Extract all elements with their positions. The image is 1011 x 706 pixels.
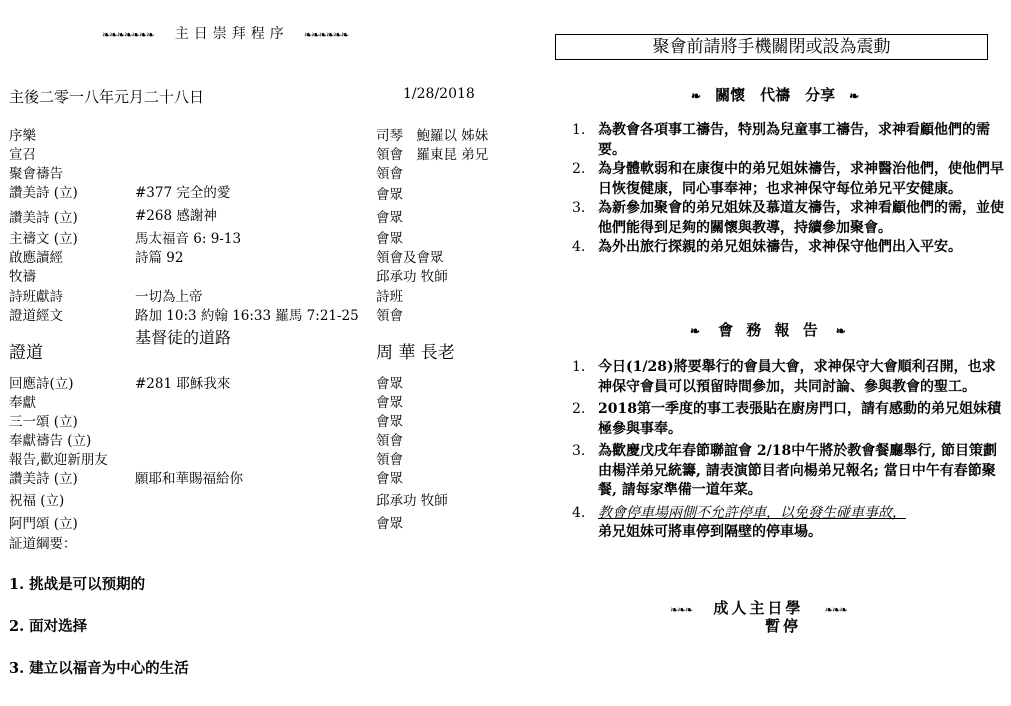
program-item: 奉獻禱告 (立) — [9, 429, 91, 449]
ornament-icon: ❧ — [690, 324, 704, 338]
program-detail: 詩篇 92 — [135, 246, 183, 266]
program-person: 會眾 — [376, 183, 403, 203]
program-item: 讚美詩 (立) — [9, 181, 78, 201]
worship-program-header: ❧❧❧❧❧❧❧ 主日崇拜程序 ❧❧❧❧❧❧ — [102, 23, 348, 43]
announcements-section-title: 會 務 報 告 — [718, 321, 822, 339]
program-item: 三一頌 (立) — [9, 410, 78, 430]
announcement-item: 2.2018第一季度的事工表張貼在廚房門口，請有感動的弟兄姐妹積極參與事奉。 — [572, 400, 1006, 439]
program-detail: 馬太福音 6: 9-13 — [135, 227, 241, 247]
program-person: 邱承功 牧師 — [376, 489, 448, 509]
item-text: 為歡慶戊戌年春節聯誼會 2/18中午將於教會餐廳舉行, 節目策劃由楊洋弟兄統籌,… — [598, 443, 997, 498]
prayer-list: 1.為教會各項事工禱告，特別為兒童事工禱告，求神看顧他們的需要。 2.為身體軟弱… — [572, 121, 1006, 258]
parking-warning: 教會停車場兩側不允許停車，以免發生碰車事故， — [598, 505, 906, 521]
prayer-item: 1.為教會各項事工禱告，特別為兒童事工禱告，求神看顧他們的需要。 — [572, 121, 1006, 160]
item-text: 為教會各項事工禱告，特別為兒童事工禱告，求神看顧他們的需要。 — [598, 122, 990, 158]
program-person: 領會及會眾 — [376, 246, 444, 266]
program-detail: 願耶和華賜福給你 — [135, 467, 243, 487]
program-person: 領會 — [376, 304, 403, 324]
item-number: 2. — [572, 160, 585, 180]
sermon-label: 證道 — [9, 338, 43, 363]
phone-notice-box: 聚會前請將手機關閉或設為震動 — [555, 34, 988, 60]
program-person: 會眾 — [376, 512, 403, 532]
prayer-item: 4.為外出旅行探親的弟兄姐妹禱告，求神保守他們出入平安。 — [572, 238, 1006, 258]
program-person: 詩班 — [376, 285, 403, 305]
program-person: 領會 — [376, 429, 403, 449]
program-item: 回應詩(立) — [9, 372, 74, 392]
prayer-section-title: 關懷 代禱 分享 — [715, 86, 835, 104]
item-number: 3. — [572, 199, 585, 219]
program-detail: 路加 10:3 約翰 16:33 羅馬 7:21-25 — [135, 304, 359, 324]
program-item: 讚美詩 (立) — [9, 206, 78, 226]
program-item: 詩班獻詩 — [9, 285, 63, 305]
program-item: 讚美詩 (立) — [9, 467, 78, 487]
sermon-title: 基督徒的道路 — [135, 325, 231, 348]
announcements-list: 1.今日(1/28)將要舉行的會員大會，求神保守大會順利召開，也求神保守會員可以… — [572, 358, 1006, 543]
prayer-section-header: ❧關懷 代禱 分享❧ — [677, 84, 873, 105]
program-item: 牧禱 — [9, 265, 36, 285]
program-person: 會眾 — [376, 410, 403, 430]
announcement-item: 4.教會停車場兩側不允許停車，以免發生碰車事故，弟兄姐妹可將車停到隔壁的停車場。 — [572, 504, 1006, 543]
item-number: 4. — [572, 504, 585, 524]
program-item: 啟應讀經 — [9, 246, 63, 266]
item-text: 弟兄姐妹可將車停到隔壁的停車場。 — [598, 524, 822, 540]
program-item: 祝福 (立) — [9, 489, 64, 509]
program-item: 宣召 — [9, 143, 36, 163]
item-text: 為外出旅行探親的弟兄姐妹禱告，求神保守他們出入平安。 — [598, 239, 962, 255]
ornament-icon: ❧ — [836, 324, 850, 338]
program-item: 阿門頌 (立) — [9, 512, 78, 532]
date-chinese: 主後二零一八年元月二十八日 — [9, 86, 204, 107]
item-text: 2018第一季度的事工表張貼在廚房門口，請有感動的弟兄姐妹積極參與事奉。 — [598, 401, 1001, 437]
item-text: 為新參加聚會的弟兄姐妹及慕道友禱告，求神看顧他們的需，並使他們能得到足夠的關懷與… — [598, 200, 1004, 236]
adult-school-header: ❧❧❧ 成人主日學 ❧❧❧ — [670, 597, 847, 618]
adult-school-status: 暫停 — [765, 615, 801, 636]
item-text: 為身體軟弱和在康復中的弟兄姐妹禱告，求神醫治他們，使他們早日恢復健康，同心事奉神… — [598, 161, 1004, 197]
program-person: 會眾 — [376, 206, 403, 226]
ornament-icon: ❧ — [691, 89, 701, 103]
item-number: 2. — [572, 400, 585, 420]
prayer-item: 2.為身體軟弱和在康復中的弟兄姐妹禱告，求神醫治他們，使他們早日恢復健康，同心事… — [572, 160, 1006, 199]
program-person: 會眾 — [376, 372, 403, 392]
program-person: 領會 羅東昆 弟兄 — [376, 143, 488, 163]
program-detail: 一切為上帝 — [135, 285, 203, 305]
ornament-icon: ❧ — [849, 89, 859, 103]
program-title: 主日崇拜程序 — [175, 26, 289, 42]
date-numeric: 1/28/2018 — [403, 86, 475, 102]
program-detail: #281 耶穌我來 — [135, 372, 230, 392]
program-item: 聚會禱告 — [9, 162, 63, 182]
announcements-section-header: ❧會 務 報 告❧ — [676, 319, 864, 340]
item-number: 1. — [572, 121, 585, 141]
ornament-left-icon: ❧❧❧ — [670, 605, 692, 616]
outline-item: 3. 建立以福音为中心的生活 — [9, 657, 189, 678]
ornament-right-icon: ❧❧❧ — [825, 605, 847, 616]
program-person: 會眾 — [376, 467, 403, 487]
outline-label: 証道綱要： — [9, 532, 77, 552]
program-item: 序樂 — [9, 124, 36, 144]
ornament-right-icon: ❧❧❧❧❧❧ — [304, 30, 348, 41]
ornament-left-icon: ❧❧❧❧❧❧❧ — [102, 30, 154, 41]
program-item: 奉獻 — [9, 391, 36, 411]
item-number: 3. — [572, 442, 585, 462]
outline-item: 2. 面对选择 — [9, 615, 87, 636]
program-person: 司琴 鮑羅以 姊妹 — [376, 124, 488, 144]
program-person: 領會 — [376, 448, 403, 468]
item-text: 今日(1/28)將要舉行的會員大會，求神保守大會順利召開，也求神保守會員可以預留… — [598, 359, 996, 395]
item-number: 1. — [572, 358, 585, 378]
program-item: 證道經文 — [9, 304, 63, 324]
program-item: 報告,歡迎新朋友 — [9, 448, 108, 468]
program-person: 會眾 — [376, 227, 403, 247]
prayer-item: 3.為新參加聚會的弟兄姐妹及慕道友禱告，求神看顧他們的需，並使他們能得到足夠的關… — [572, 199, 1006, 238]
program-item: 主禱文 (立) — [9, 227, 78, 247]
announcement-item: 1.今日(1/28)將要舉行的會員大會，求神保守大會順利召開，也求神保守會員可以… — [572, 358, 1006, 397]
program-person: 會眾 — [376, 391, 403, 411]
sermon-speaker: 周 華 長老 — [376, 338, 455, 363]
outline-item: 1. 挑战是可以预期的 — [9, 573, 145, 594]
program-detail: #268 感謝神 — [135, 204, 217, 224]
program-person: 邱承功 牧師 — [376, 265, 448, 285]
program-detail: #377 完全的愛 — [135, 181, 230, 201]
item-number: 4. — [572, 238, 585, 258]
announcement-item: 3.為歡慶戊戌年春節聯誼會 2/18中午將於教會餐廳舉行, 節目策劃由楊洋弟兄統… — [572, 442, 1006, 501]
program-person: 領會 — [376, 162, 403, 182]
